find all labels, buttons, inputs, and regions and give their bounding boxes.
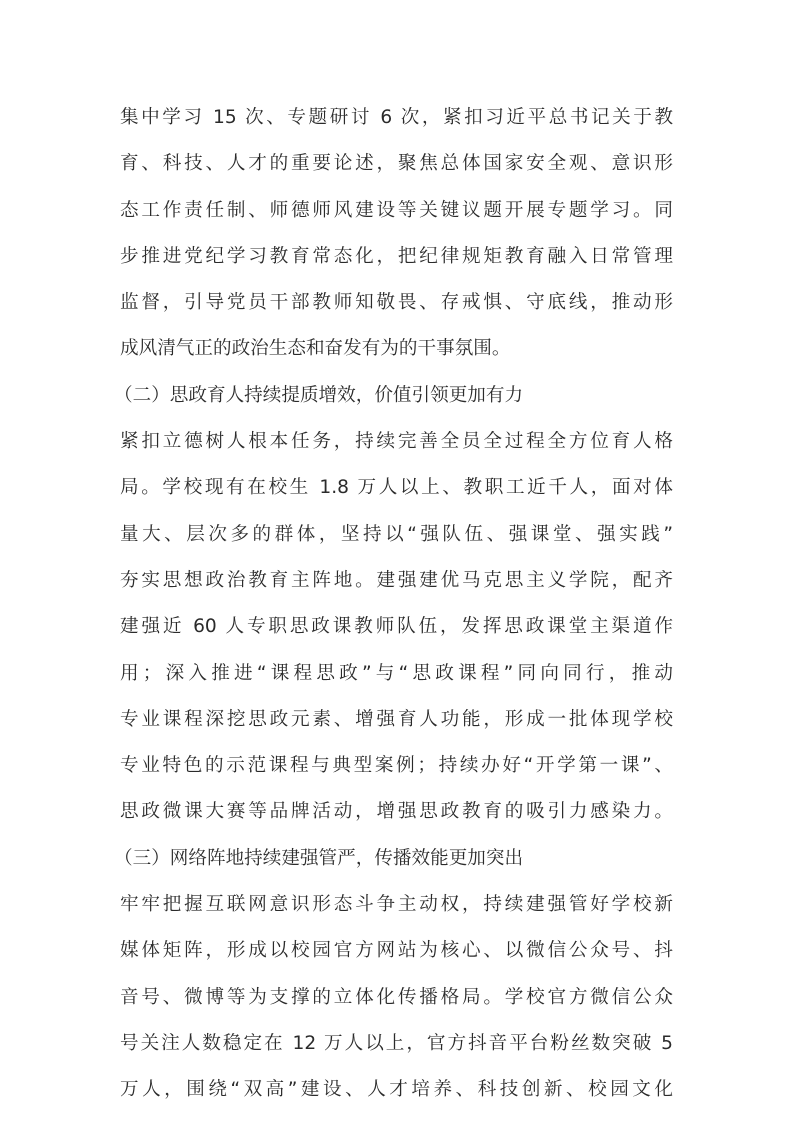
- text-line: 专业特色的示范课程与典型案例；持续办好“开学第一课”、: [120, 743, 673, 789]
- text-line: 监督，引导党员干部教师知敬畏、存戒惧、守底线，推动形: [120, 280, 673, 326]
- text-line: 牢牢把握互联网意识形态斗争主动权，持续建强管好学校新: [120, 882, 673, 928]
- text-line: 媒体矩阵，形成以校园官方网站为核心、以微信公众号、抖: [120, 928, 673, 974]
- text-line: 育、科技、人才的重要论述，聚焦总体国家安全观、意识形: [120, 141, 673, 187]
- text-line: 紧扣立德树人根本任务，持续完善全员全过程全方位育人格: [120, 419, 673, 465]
- text-line: 万人，围绕“双高”建设、人才培养、科技创新、校园文化: [120, 1067, 673, 1113]
- text-line: 号关注人数稳定在 12 万人以上，官方抖音平台粉丝数突破 5: [120, 1021, 673, 1067]
- text-line: 夯实思想政治教育主阵地。建强建优马克思主义学院，配齐: [120, 558, 673, 604]
- heading-text: （二）思政育人持续提质增效，价值引领更加有力: [114, 373, 673, 419]
- text-line: 思政微课大赛等品牌活动，增强思政教育的吸引力感染力。: [120, 789, 673, 835]
- paragraph-ideological-education: 紧扣立德树人根本任务，持续完善全员全过程全方位育人格 局。学校现有在校生 1.8…: [120, 419, 673, 836]
- text-line: 集中学习 15 次、专题研讨 6 次，紧扣习近平总书记关于教: [120, 95, 673, 141]
- text-line: 建强近 60 人专职思政课教师队伍，发挥思政课堂主渠道作: [120, 604, 673, 650]
- text-line: 用；深入推进“课程思政”与“思政课程”同向同行，推动: [120, 651, 673, 697]
- paragraph-study: 集中学习 15 次、专题研讨 6 次，紧扣习近平总书记关于教 育、科技、人才的重…: [120, 95, 673, 373]
- heading-text: （三）网络阵地持续建强管严，传播效能更加突出: [114, 836, 673, 882]
- text-line: 专业课程深挖思政元素、增强育人功能，形成一批体现学校: [120, 697, 673, 743]
- paragraph-online-platforms: 牢牢把握互联网意识形态斗争主动权，持续建强管好学校新 媒体矩阵，形成以校园官方网…: [120, 882, 673, 1113]
- text-line: 量大、层次多的群体，坚持以“强队伍、强课堂、强实践”: [120, 512, 673, 558]
- section-heading-2: （二）思政育人持续提质增效，价值引领更加有力: [120, 373, 673, 419]
- text-line: 态工作责任制、师德师风建设等关键议题开展专题学习。同: [120, 188, 673, 234]
- document-page: 集中学习 15 次、专题研讨 6 次，紧扣习近平总书记关于教 育、科技、人才的重…: [120, 95, 673, 1114]
- section-heading-3: （三）网络阵地持续建强管严，传播效能更加突出: [120, 836, 673, 882]
- text-line: 音号、微博等为支撑的立体化传播格局。学校官方微信公众: [120, 975, 673, 1021]
- text-line: 局。学校现有在校生 1.8 万人以上、教职工近千人，面对体: [120, 465, 673, 511]
- text-line: 步推进党纪学习教育常态化，把纪律规矩教育融入日常管理: [120, 234, 673, 280]
- text-line: 成风清气正的政治生态和奋发有为的干事氛围。: [120, 326, 673, 372]
